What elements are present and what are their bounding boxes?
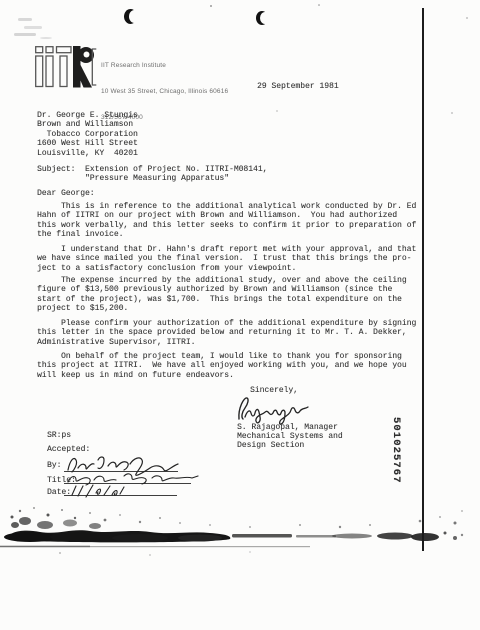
signature-block: S. Rajagopal, Manager Mechanical Systems…: [237, 423, 343, 451]
paragraph-1: This is in reference to the additional a…: [37, 202, 416, 240]
letterhead-address: 10 West 35 Street, Chicago, Illinois 606…: [101, 88, 228, 97]
paragraph-5: On behalf of the project team, I would l…: [37, 352, 407, 380]
scan-noise: [276, 110, 278, 112]
salutation: Dear George:: [37, 189, 95, 198]
scan-crescent-mark-right: [256, 11, 268, 25]
scan-noise: [466, 17, 468, 19]
recipient-address: Dr. George E. Stungis Brown and Williams…: [37, 111, 138, 158]
paragraph-2: I understand that Dr. Hahn's draft repor…: [37, 245, 416, 273]
typist-initials: SR:ps: [47, 431, 71, 440]
scan-noise: [18, 18, 32, 21]
paragraph-3: The expense incurred by the additional s…: [37, 276, 407, 314]
scan-noise: [24, 26, 42, 29]
letter-date: 29 September 1981: [257, 82, 339, 91]
scan-noise: [210, 5, 212, 7]
by-label: By:: [47, 461, 61, 470]
iitri-logo: [35, 46, 97, 88]
paragraph-4: Please confirm your authorization of the…: [37, 319, 416, 347]
subject-line: Subject: Extension of Project No. IITRI-…: [37, 165, 267, 184]
letterhead-org: IIT Research Institute: [101, 62, 228, 71]
scan-noise: [451, 112, 453, 114]
scan-crescent-mark-left: [124, 9, 137, 24]
scanned-letter-page: IIT Research Institute 10 West 35 Street…: [0, 0, 480, 630]
scan-noise: [40, 37, 52, 39]
handwritten-signature: [234, 394, 310, 426]
scan-border-line: [422, 8, 424, 551]
scan-noise: [14, 33, 36, 36]
date-handwriting: [66, 483, 136, 501]
scan-noise: [318, 4, 320, 6]
scan-smudge-band: [0, 503, 480, 565]
bates-number-stamp: 501025767: [390, 417, 402, 484]
